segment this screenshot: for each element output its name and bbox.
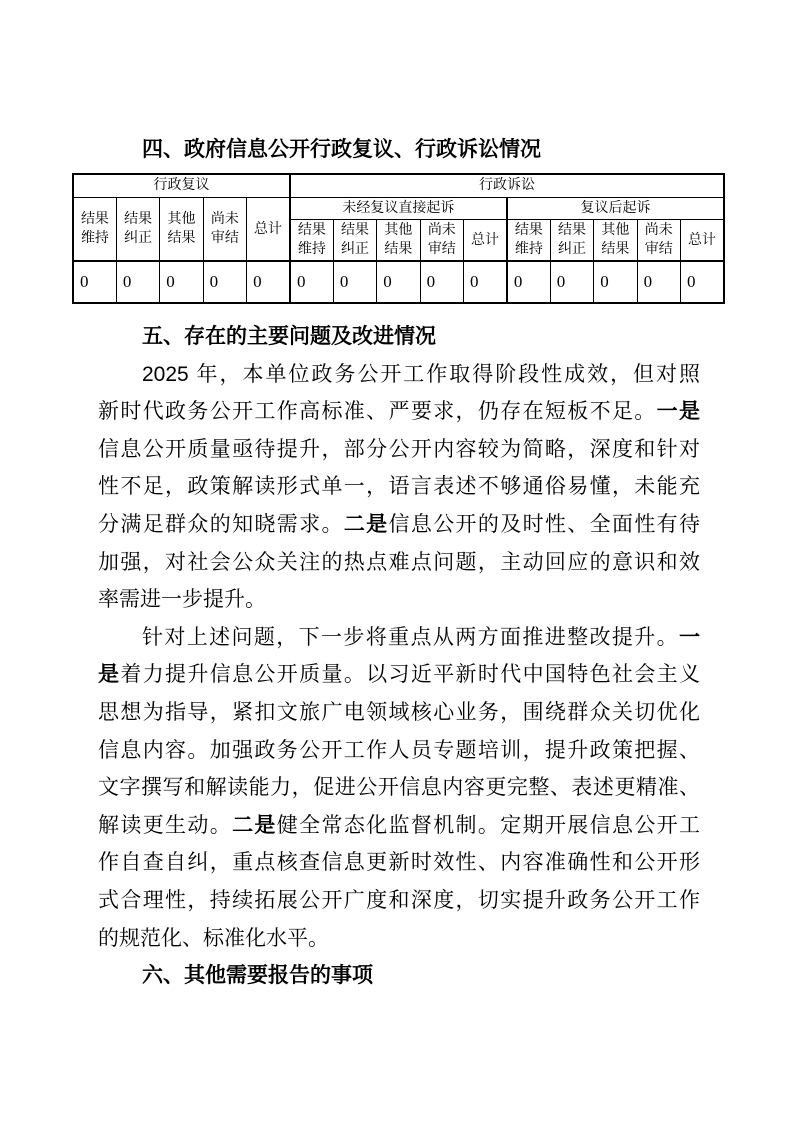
text-run: 信息内容。加强政务公开工作人员专题培训，提升政策把握、: [98, 739, 700, 762]
bold-text-run: 二是: [344, 513, 389, 536]
text-run: 加强，对社会公众关注的热点难点问题，主动回应的意识和效: [98, 551, 700, 574]
text-line: 是着力提升信息公开质量。以习近平新时代中国特色社会主义: [98, 656, 700, 694]
text-run: 针对上述问题，下一步将重点从两方面推进整改提升。: [142, 626, 679, 649]
text-run: 率需进一步提升。: [98, 588, 266, 611]
text-line: 信息内容。加强政务公开工作人员专题培训，提升政策把握、: [98, 732, 700, 770]
text-run: 分满足群众的知晓需求。: [98, 513, 344, 536]
text-run: 作自查自纠，重点核查信息更新时效性、内容准确性和公开形: [98, 851, 700, 874]
table-cell-value: 0: [594, 261, 637, 303]
table-cell-value: 0: [377, 261, 420, 303]
text-line: 信息公开质量亟待提升，部分公开内容较为简略，深度和针对: [98, 431, 700, 469]
table-cell-value: 0: [507, 261, 550, 303]
text-run: 新时代政务公开工作高标准、严要求，仍存在短板不足。: [98, 400, 657, 423]
col-header-other-result: 其他结果: [160, 198, 203, 262]
col-header-pending: 尚未审结: [420, 220, 463, 262]
section-4-heading: 四、政府信息公开行政复议、行政诉讼情况: [98, 0, 700, 169]
table-cell-value: 0: [550, 261, 593, 303]
col-header-result-upheld: 结果维持: [290, 220, 333, 262]
table-cell-value: 0: [247, 261, 290, 303]
col-header-other-result: 其他结果: [594, 220, 637, 262]
text-line: 针对上述问题，下一步将重点从两方面推进整改提升。一: [98, 619, 700, 657]
col-header-result-corrected: 结果纠正: [550, 220, 593, 262]
bold-text-run: 是: [98, 663, 120, 686]
table-cell-value: 0: [160, 261, 203, 303]
text-run: 2025 年，本单位政务公开工作取得阶段性成效，但对照: [142, 363, 700, 386]
admin-review-litigation-table: 行政复议 行政诉讼 结果维持 结果纠正 其他结果 尚未审结 总计 未经复议直接起…: [72, 173, 725, 305]
table-cell-value: 0: [333, 261, 376, 303]
table-cell-value: 0: [203, 261, 246, 303]
text-line: 加强，对社会公众关注的热点难点问题，主动回应的意识和效: [98, 544, 700, 582]
col-header-result-corrected: 结果纠正: [116, 198, 159, 262]
table-header-admin-litigation: 行政诉讼: [290, 174, 724, 198]
text-run: 信息公开质量亟待提升，部分公开内容较为简略，深度和针对: [98, 438, 700, 461]
table-cell-value: 0: [73, 261, 116, 303]
text-line: 式合理性，持续拓展公开广度和深度，切实提升政务公开工作: [98, 882, 700, 920]
text-line: 性不足，政策解读形式单一，语言表述不够通俗易懂，未能充: [98, 468, 700, 506]
col-header-result-upheld: 结果维持: [507, 220, 550, 262]
section-5-heading: 五、存在的主要问题及改进情况: [98, 318, 700, 356]
text-run: 性不足，政策解读形式单一，语言表述不够通俗易懂，未能充: [98, 475, 700, 498]
text-line: 的规范化、标准化水平。: [98, 920, 700, 958]
text-line: 2025 年，本单位政务公开工作取得阶段性成效，但对照: [98, 356, 700, 394]
table-cell-value: 0: [637, 261, 680, 303]
text-line: 分满足群众的知晓需求。二是信息公开的及时性、全面性有待: [98, 506, 700, 544]
col-header-total: 总计: [464, 220, 507, 262]
col-header-pending: 尚未审结: [203, 198, 246, 262]
group-header-after-review-suit: 复议后起诉: [507, 198, 724, 220]
document-page: 四、政府信息公开行政复议、行政诉讼情况 行政复议 行政诉讼 结果维持 结果纠正 …: [0, 0, 793, 1122]
table-cell-value: 0: [464, 261, 507, 303]
text-run: 信息公开的及时性、全面性有待: [389, 513, 701, 536]
table-cell-value: 0: [290, 261, 333, 303]
text-run: 解读更生动。: [98, 814, 232, 837]
table-cell-value: 0: [116, 261, 159, 303]
col-header-pending: 尚未审结: [637, 220, 680, 262]
text-line: 文字撰写和解读能力，促进公开信息内容更完整、表述更精准、: [98, 769, 700, 807]
group-header-direct-suit: 未经复议直接起诉: [290, 198, 507, 220]
improvements-paragraph-2: 针对上述问题，下一步将重点从两方面推进整改提升。一是着力提升信息公开质量。以习近…: [98, 619, 700, 957]
text-run: 思想为指导，紧扣文旅广电领域核心业务，围绕群众关切优化: [98, 701, 700, 724]
col-header-result-corrected: 结果纠正: [333, 220, 376, 262]
table-header-admin-review: 行政复议: [73, 174, 290, 198]
table-cell-value: 0: [680, 261, 724, 303]
text-run: 文字撰写和解读能力，促进公开信息内容更完整、表述更精准、: [98, 776, 700, 799]
col-header-other-result: 其他结果: [377, 220, 420, 262]
col-header-result-upheld: 结果维持: [73, 198, 116, 262]
text-run: 式合理性，持续拓展公开广度和深度，切实提升政务公开工作: [98, 889, 700, 912]
table-cell-value: 0: [420, 261, 463, 303]
text-line: 思想为指导，紧扣文旅广电领域核心业务，围绕群众关切优化: [98, 694, 700, 732]
bold-text-run: 二是: [232, 814, 277, 837]
col-header-total: 总计: [680, 220, 724, 262]
text-line: 解读更生动。二是健全常态化监督机制。定期开展信息公开工: [98, 807, 700, 845]
bold-text-run: 一是: [657, 400, 700, 423]
problems-paragraph-1: 2025 年，本单位政务公开工作取得阶段性成效，但对照新时代政务公开工作高标准、…: [98, 356, 700, 619]
col-header-total: 总计: [247, 198, 290, 262]
bold-text-run: 一: [679, 626, 700, 649]
text-run: 健全常态化监督机制。定期开展信息公开工: [277, 814, 700, 837]
text-run: 的规范化、标准化水平。: [98, 927, 329, 950]
text-line: 率需进一步提升。: [98, 581, 700, 619]
section-6-heading: 六、其他需要报告的事项: [98, 957, 700, 995]
text-line: 作自查自纠，重点核查信息更新时效性、内容准确性和公开形: [98, 844, 700, 882]
text-line: 新时代政务公开工作高标准、严要求，仍存在短板不足。一是: [98, 393, 700, 431]
text-run: 着力提升信息公开质量。以习近平新时代中国特色社会主义: [120, 663, 700, 686]
